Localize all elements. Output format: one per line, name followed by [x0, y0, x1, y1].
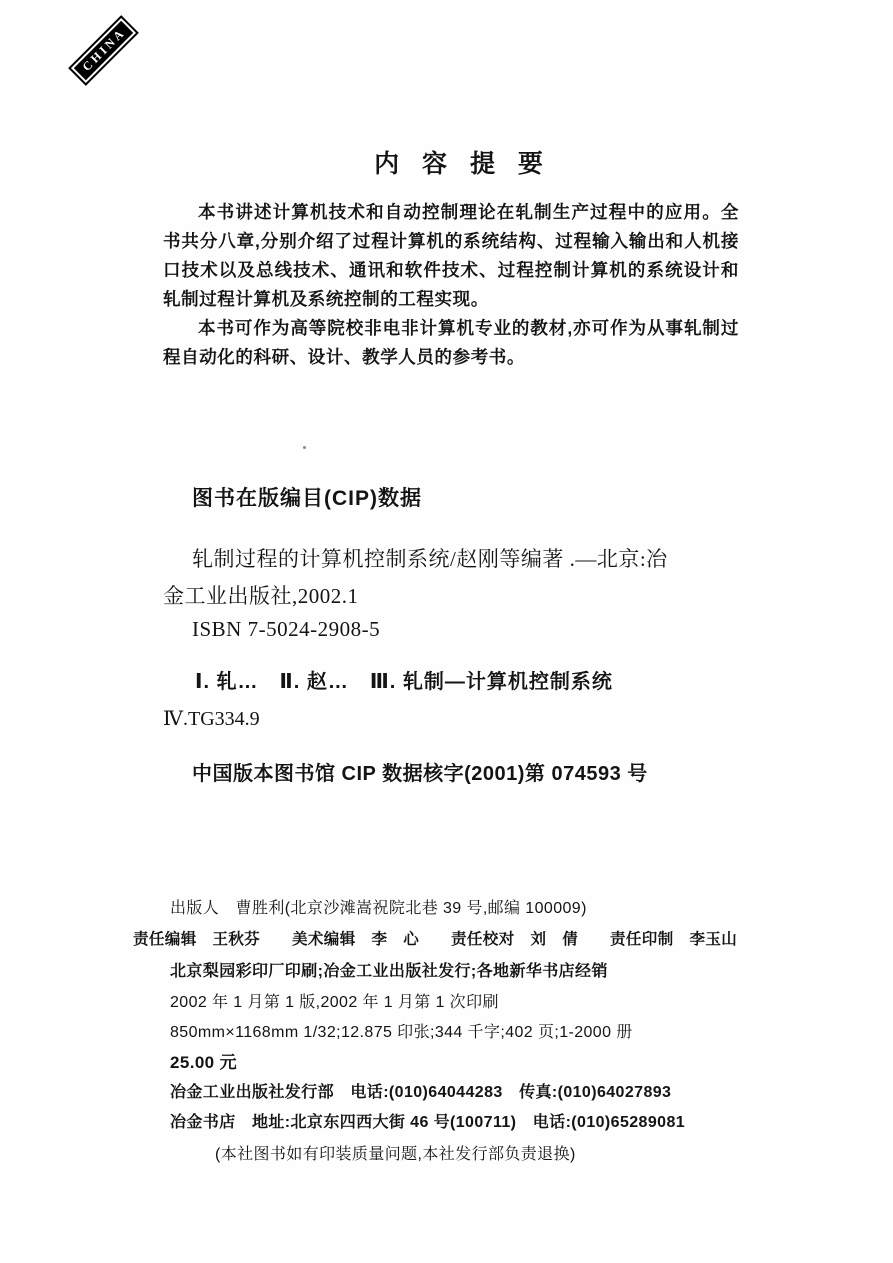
printing-line: 北京梨园彩印厂印刷;冶金工业出版社发行;各地新华书店经销 [170, 958, 608, 981]
cip-classification-line-1: Ⅰ. 轧… Ⅱ. 赵… Ⅲ. 轧制—计算机控制系统 [163, 664, 763, 701]
cip-record-line-1: 轧制过程的计算机控制系统/赵刚等编著 .—北京:冶 [163, 541, 763, 578]
editors-line: 责任编辑 王秋芬 美术编辑 李 心 责任校对 刘 倩 责任印制 李玉山 [133, 927, 737, 949]
page-title: 内 容 提 要 [175, 144, 750, 180]
cip-record-line-2: 金工业出版社,2002.1 [163, 578, 763, 615]
publisher-line: 出版人 曹胜利(北京沙滩嵩祝院北巷 39 号,邮编 100009) [170, 895, 587, 918]
cip-record: 轧制过程的计算机控制系统/赵刚等编著 .—北京:冶 金工业出版社,2002.1 [163, 541, 763, 615]
abstract-paragraph-2: 本书可作为高等院校非电非计算机专业的教材,亦可作为从事轧制过程自动化的科研、设计… [163, 314, 739, 372]
price-line: 25.00 元 [170, 1048, 237, 1073]
bookstore-line: 冶金书店 地址:北京东四西大街 46 号(100711) 电话:(010)652… [170, 1109, 685, 1132]
format-line: 850mm×1168mm 1/32;12.875 印张;344 千字;402 页… [170, 1019, 633, 1042]
edition-line: 2002 年 1 月第 1 版,2002 年 1 月第 1 次印刷 [170, 989, 499, 1012]
cip-classification: Ⅰ. 轧… Ⅱ. 赵… Ⅲ. 轧制—计算机控制系统 Ⅳ.TG334.9 [163, 664, 763, 738]
quality-notice-line: (本社图书如有印装质量问题,本社发行部负责退换) [215, 1141, 576, 1164]
isbn-line: ISBN 7-5024-2908-5 [192, 617, 380, 642]
china-stamp-label: CHINA [74, 21, 133, 80]
cip-registry-line: 中国版本图书馆 CIP 数据核字(2001)第 074593 号 [192, 757, 648, 786]
scan-speck [303, 446, 306, 449]
abstract-section: 本书讲述计算机技术和自动控制理论在轧制生产过程中的应用。全书共分八章,分别介绍了… [163, 198, 739, 372]
china-stamp: CHINA [68, 15, 139, 86]
abstract-paragraph-1: 本书讲述计算机技术和自动控制理论在轧制生产过程中的应用。全书共分八章,分别介绍了… [163, 198, 739, 314]
cip-classification-line-2: Ⅳ.TG334.9 [163, 701, 763, 738]
distribution-line: 冶金工业出版社发行部 电话:(010)64044283 传真:(010)6402… [170, 1079, 671, 1102]
cip-heading: 图书在版编目(CIP)数据 [192, 482, 422, 512]
book-copyright-page: CHINA 内 容 提 要 本书讲述计算机技术和自动控制理论在轧制生产过程中的应… [0, 0, 893, 1263]
